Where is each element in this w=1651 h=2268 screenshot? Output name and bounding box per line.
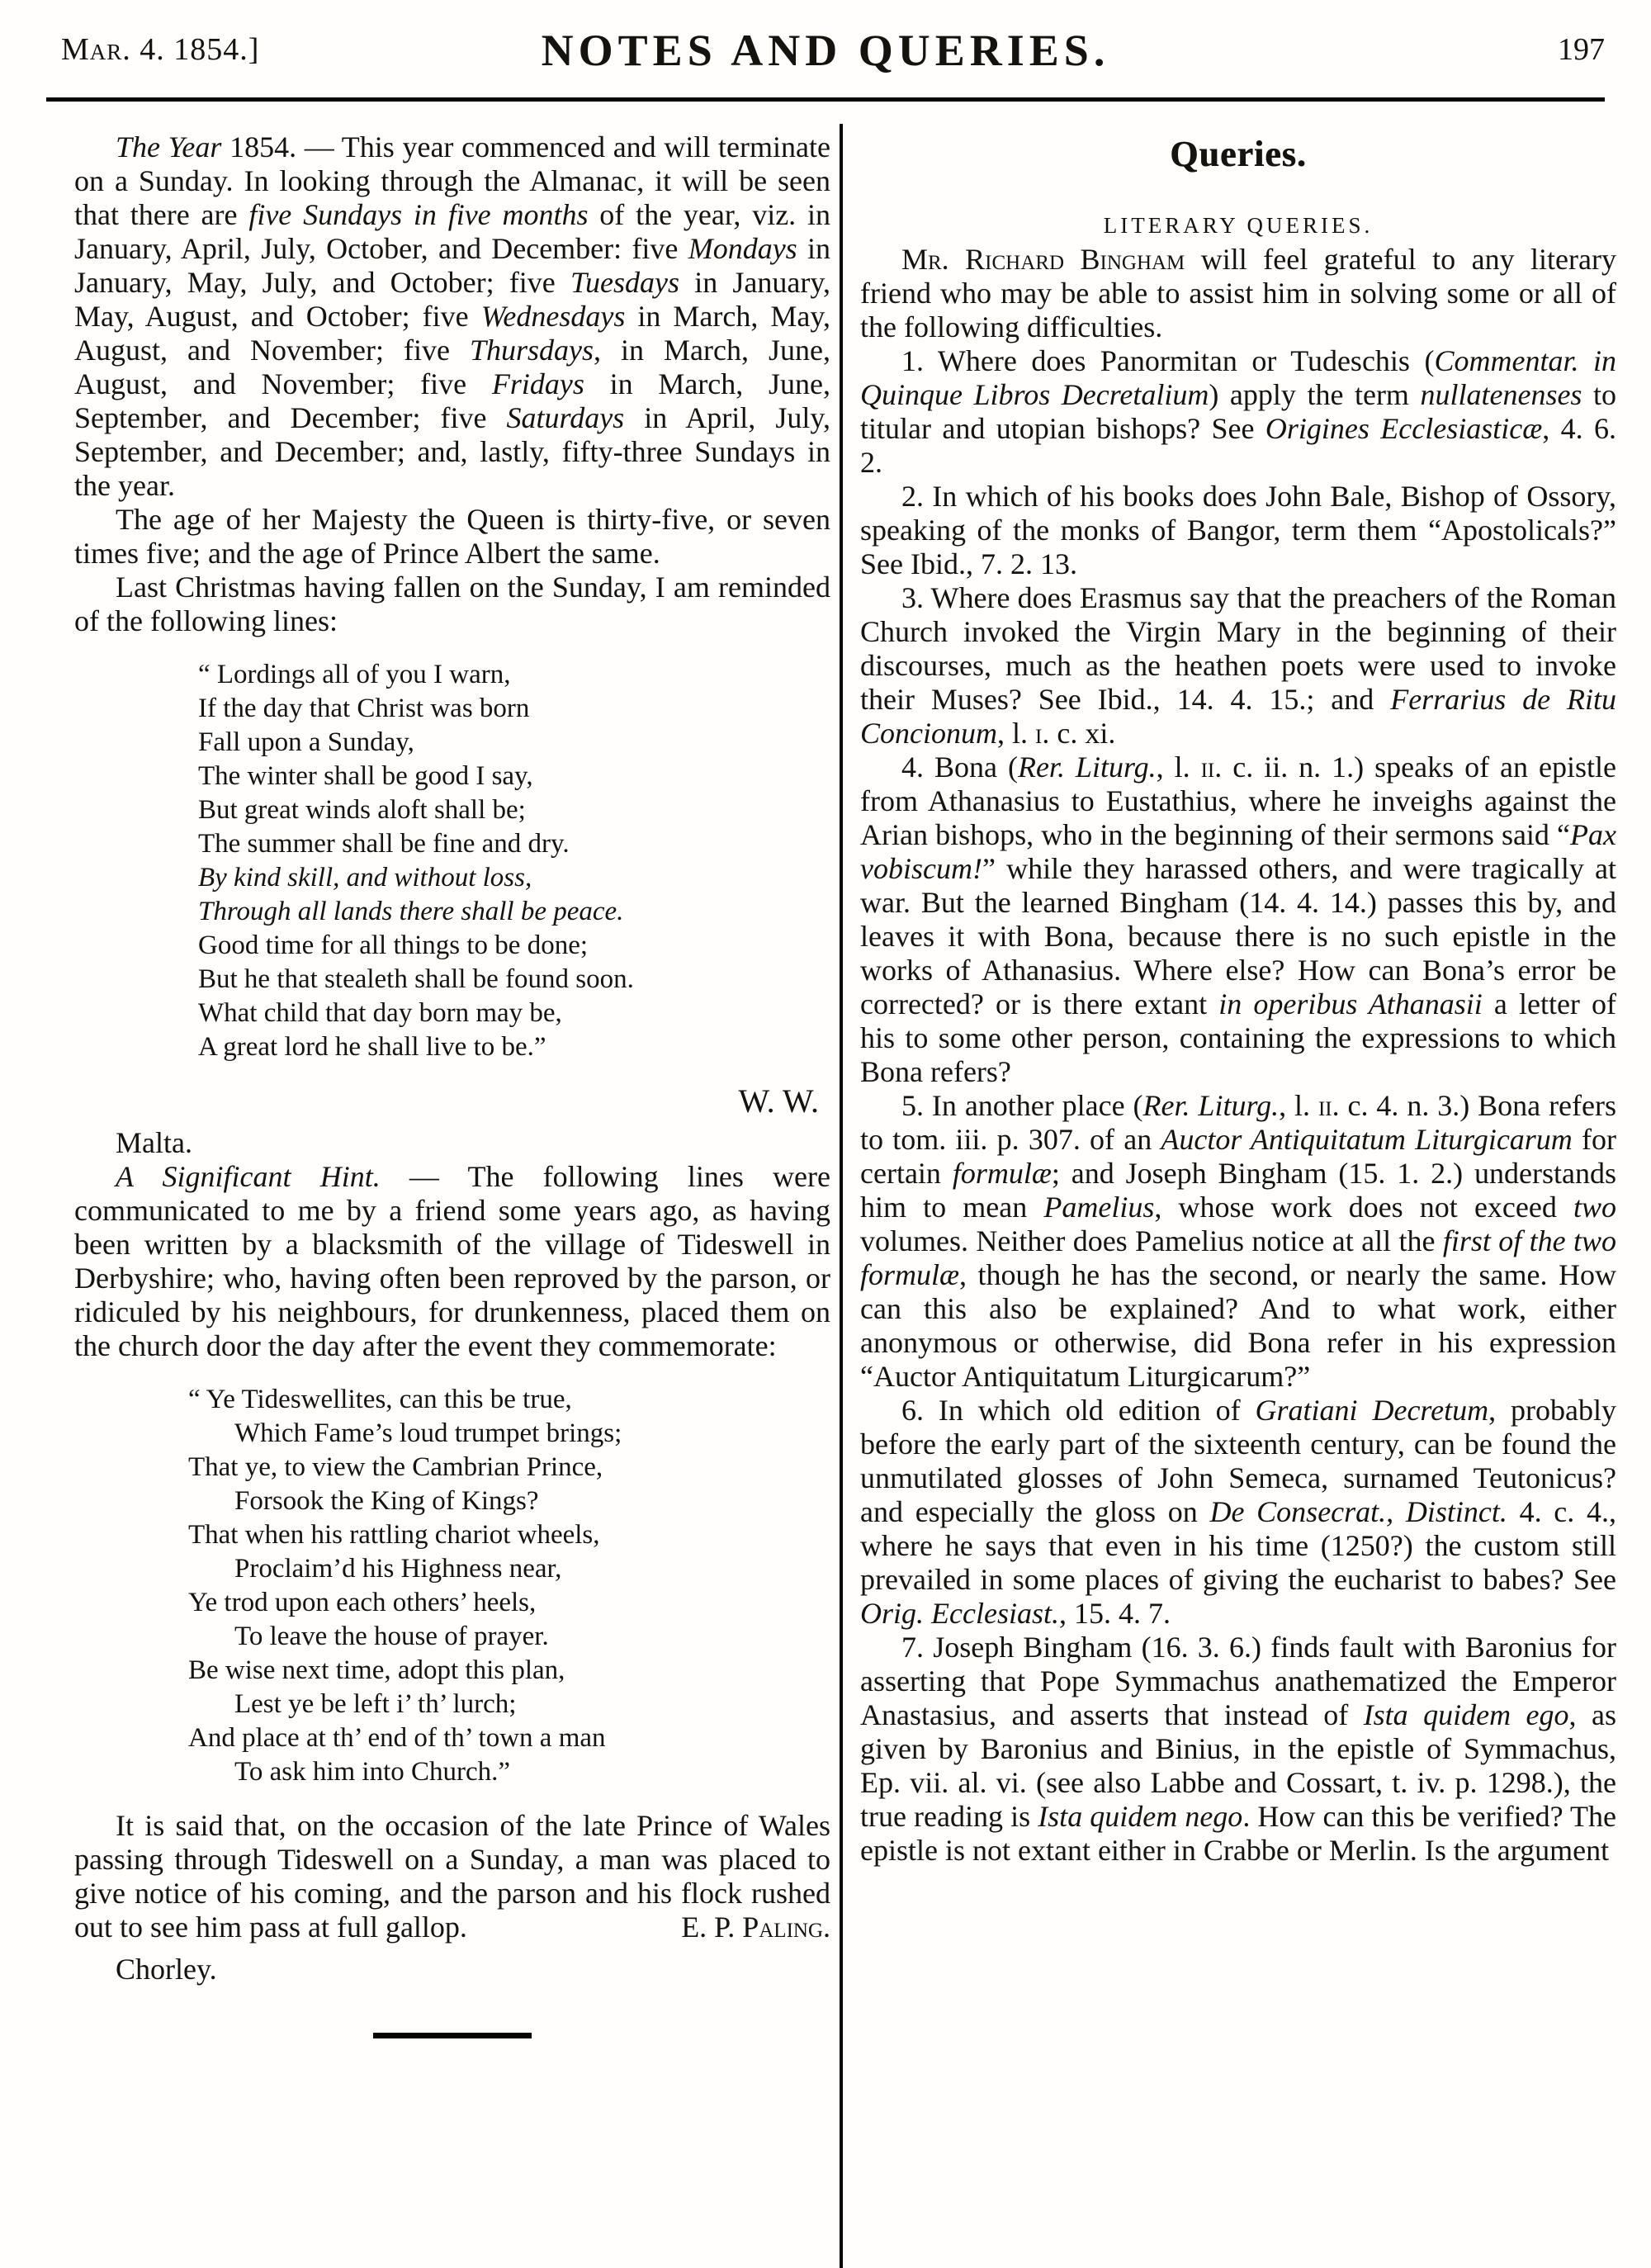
poem-line: Ye trod upon each others’ heels, [188, 1586, 830, 1620]
poem-line: The summer shall be fine and dry. [198, 827, 830, 861]
poem-line: “ Lordings all of you I warn, [198, 658, 830, 692]
poem-tideswellites: “ Ye Tideswellites, can this be true, Wh… [188, 1383, 830, 1789]
poem-line: That when his rattling chariot wheels, [188, 1518, 830, 1552]
poem-line: To ask him into Church.” [188, 1755, 830, 1789]
poem-line: If the day that Christ was born [198, 692, 830, 726]
paragraph-prince-of-wales: It is said that, on the occasion of the … [74, 1809, 830, 1944]
poem-line: And place at th’ end of th’ town a man [188, 1721, 830, 1755]
poem-line: Forsook the King of Kings? [188, 1484, 830, 1518]
poem-line: Fall upon a Sunday, [198, 726, 830, 760]
place-chorley: Chorley. [116, 1953, 830, 1986]
literary-queries-heading: LITERARY QUERIES. [860, 209, 1616, 243]
query-item-5: 5. In another place (Rer. Liturg., l. ii… [860, 1089, 1616, 1394]
column-divider-rule [840, 124, 843, 2268]
query-item-4: 4. Bona (Rer. Liturg., l. ii. c. ii. n. … [860, 750, 1616, 1089]
header-page-number: 197 [1558, 31, 1605, 68]
paragraph-last-christmas: Last Christmas having fallen on the Sund… [74, 571, 830, 638]
poem-line: “ Ye Tideswellites, can this be true, [188, 1383, 830, 1417]
query-item-2: 2. In which of his books does John Bale,… [860, 480, 1616, 581]
paragraph-significant-hint: A Significant Hint. — The following line… [74, 1160, 830, 1363]
poem-line: Be wise next time, adopt this plan, [188, 1654, 830, 1688]
poem-line: Which Fame’s loud trumpet brings; [188, 1417, 830, 1451]
query-item-7: 7. Joseph Bingham (16. 3. 6.) finds faul… [860, 1631, 1616, 1868]
header-rule [46, 97, 1605, 102]
right-column: Queries. LITERARY QUERIES. Mr. Richard B… [860, 130, 1616, 1868]
poem-line: The winter shall be good I say, [198, 760, 830, 793]
poem-line: Lest ye be left i’ th’ lurch; [188, 1688, 830, 1721]
paragraph-bingham-intro: Mr. Richard Bingham will feel grateful t… [860, 243, 1616, 344]
poem-line: Proclaim’d his Highness near, [188, 1552, 830, 1586]
poem-line: To leave the house of prayer. [188, 1620, 830, 1654]
scanned-page: Mar. 4. 1854.] NOTES AND QUERIES. 197 Th… [0, 0, 1651, 2268]
poem-line: A great lord he shall live to be.” [198, 1030, 830, 1064]
poem-line: But great winds aloft shall be; [198, 793, 830, 827]
paragraph-the-year: The Year 1854. — This year commenced and… [74, 130, 830, 503]
queries-section-heading: Queries. [860, 137, 1616, 171]
poem-line: By kind skill, and without loss, [198, 861, 830, 895]
section-divider [373, 2033, 532, 2038]
poem-line: But he that stealeth shall be found soon… [198, 963, 830, 997]
poem-line: Through all lands there shall be peace. [198, 895, 830, 929]
paragraph-queen-age: The age of her Majesty the Queen is thir… [74, 503, 830, 571]
page-title: NOTES AND QUERIES. [0, 25, 1651, 76]
poem-line: That ye, to view the Cambrian Prince, [188, 1451, 830, 1484]
signature-paling: E. P. Paling. [640, 1911, 830, 1944]
poem-line: What child that day born may be, [198, 997, 830, 1030]
signature-ww: W. W. [74, 1084, 819, 1118]
query-item-6: 6. In which old edition of Gratiani Decr… [860, 1394, 1616, 1631]
left-column: The Year 1854. — This year commenced and… [74, 130, 830, 2038]
query-item-3: 3. Where does Erasmus say that the preac… [860, 581, 1616, 750]
query-item-1: 1. Where does Panormitan or Tudeschis (C… [860, 344, 1616, 480]
place-malta: Malta. [116, 1126, 830, 1160]
poem-lordings: “ Lordings all of you I warn, If the day… [198, 658, 830, 1064]
poem-line: Good time for all things to be done; [198, 929, 830, 963]
